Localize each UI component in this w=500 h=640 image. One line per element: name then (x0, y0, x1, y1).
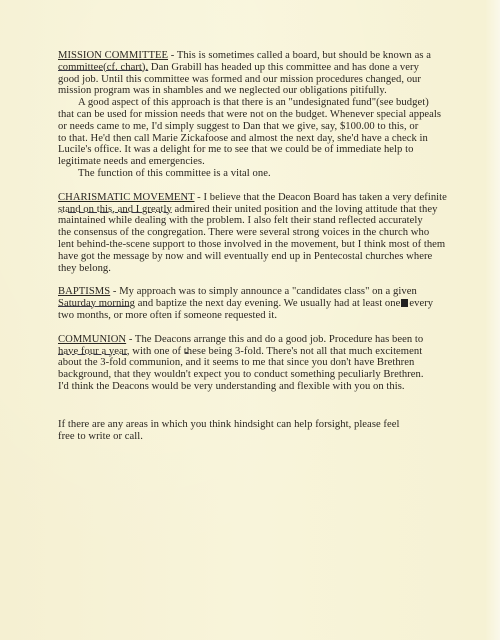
section-text: legitimate needs and emergencies. (58, 156, 498, 168)
section-text: good job. Until this committee was forme… (58, 74, 498, 86)
spacer (58, 405, 498, 419)
section-text: have got the message by now and will eve… (58, 251, 498, 263)
mission-committee-paragraph-3: The function of this committee is a vita… (58, 168, 498, 180)
section-text: with one of these being 3-fold. There's … (130, 346, 423, 357)
document-page: MISSION COMMITTEE - This is sometimes ca… (0, 0, 500, 640)
section-text: that can be used for mission needs that … (58, 109, 498, 121)
section-text: the consensus of the congregation. There… (58, 227, 498, 239)
section-heading: BAPTISMS (58, 286, 110, 297)
underlined-text: stand on this, and I greatly (58, 204, 172, 215)
underlined-text: committee(cf. chart). (58, 62, 148, 73)
closing-paragraph: If there are any areas in which you thin… (58, 419, 498, 443)
section-text: about the 3-fold communion, and it seems… (58, 357, 498, 369)
ink-smudge (401, 299, 408, 307)
section-text: maintained while dealing with the proble… (58, 215, 498, 227)
section-text: to that. He'd then call Marie Zickafoose… (58, 133, 498, 145)
section-text: Dan Grabill has headed up this committee… (148, 62, 419, 73)
section-text: they belong. (58, 263, 498, 275)
section-charismatic-movement: CHARISMATIC MOVEMENT - I believe that th… (58, 192, 498, 275)
section-heading: MISSION COMMITTEE (58, 50, 168, 61)
section-heading: COMMUNION (58, 334, 126, 345)
section-mission-committee: MISSION COMMITTEE - This is sometimes ca… (58, 50, 498, 97)
section-text: The function of this committee is a vita… (58, 168, 498, 180)
section-text: - I believe that the Deacon Board has ta… (194, 192, 446, 203)
section-text: lent behind-the-scene support to those i… (58, 239, 498, 251)
section-text: - This is sometimes called a board, but … (168, 50, 431, 61)
section-text: and baptize the next day evening. We usu… (135, 298, 400, 309)
section-text: A good aspect of this approach is that t… (58, 97, 498, 109)
stray-ink-mark (185, 352, 188, 354)
section-communion: COMMUNION - The Deacons arrange this and… (58, 334, 498, 393)
section-text: two months, or more often if someone req… (58, 310, 498, 322)
document-body: MISSION COMMITTEE - This is sometimes ca… (58, 50, 498, 454)
underlined-text: Saturday morning (58, 298, 135, 309)
closing-text: If there are any areas in which you thin… (58, 419, 498, 431)
section-text: background, that they wouldn't expect yo… (58, 369, 498, 381)
section-text: - The Deacons arrange this and do a good… (126, 334, 423, 345)
section-text: admired their united position and the lo… (172, 204, 438, 215)
section-baptisms: BAPTISMS - My approach was to simply ann… (58, 286, 498, 321)
section-text: mission program was in shambles and we n… (58, 85, 498, 97)
section-text: Lucile's office. It was a delight for me… (58, 144, 498, 156)
closing-text: free to write or call. (58, 431, 498, 443)
section-heading: CHARISMATIC MOVEMENT (58, 192, 194, 203)
section-text: I'd think the Deacons would be very unde… (58, 381, 498, 393)
mission-committee-paragraph-2: A good aspect of this approach is that t… (58, 97, 498, 168)
underlined-text: have four a year, (58, 346, 130, 357)
section-text: - My approach was to simply announce a "… (110, 286, 417, 297)
section-text: or needs came to me, I'd simply suggest … (58, 121, 498, 133)
section-text: every (409, 298, 433, 309)
